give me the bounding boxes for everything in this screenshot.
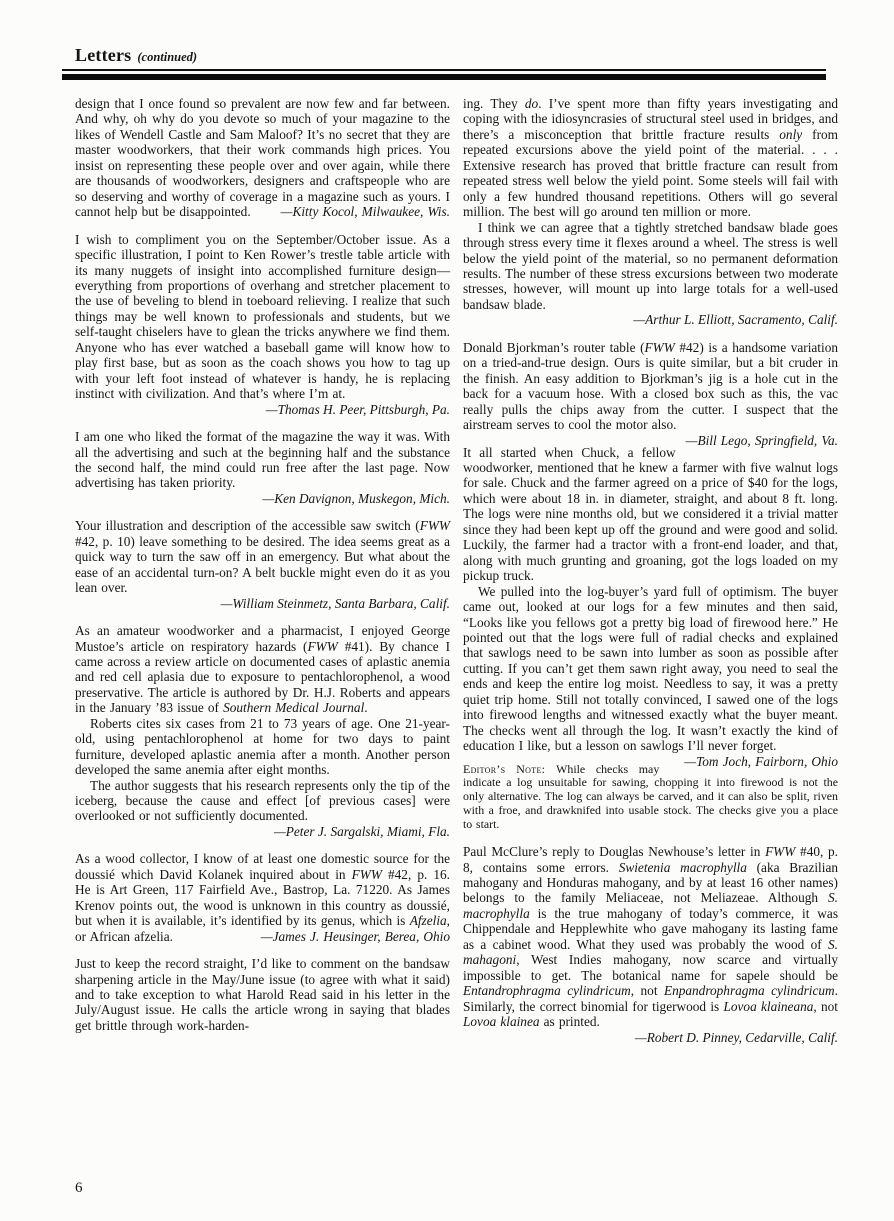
italic-text: FWW [645, 340, 675, 355]
text-run: as printed. [540, 1014, 600, 1029]
editor-note: Editor’s Note: While checks may indicate… [463, 763, 838, 833]
text-run: Roberts cites six cases from 21 to 73 ye… [75, 716, 450, 777]
text-run: I am one who liked the format of the mag… [75, 429, 450, 490]
text-run: I think we can agree that a tightly stre… [463, 220, 838, 312]
letter-signature: —Ken Davignon, Muskegon, Mich. [75, 491, 450, 506]
letter-paragraph: Roberts cites six cases from 21 to 73 ye… [75, 716, 450, 778]
letter: Donald Bjorkman’s router table (FWW #42)… [463, 340, 838, 433]
letter: As an amateur woodworker and a pharmacis… [75, 623, 450, 839]
letter-signature: —Thomas H. Peer, Pittsburgh, Pa. [75, 402, 450, 417]
italic-text: Afzelia [410, 913, 447, 928]
letter: design that I once found so prevalent ar… [75, 96, 450, 220]
italic-text: FWW [308, 639, 338, 654]
italic-text: Lovoa klainea [463, 1014, 540, 1029]
page-number: 6 [75, 1180, 83, 1197]
italic-text: Southern Medical Journal [223, 700, 364, 715]
header-thick-rule [62, 74, 826, 80]
text-run: #42, p. 10) leave something to be desire… [75, 534, 450, 595]
text-run: The author suggests that his research re… [75, 778, 450, 824]
italic-text: Swietenia macrophylla [619, 860, 747, 875]
letter: Just to keep the record straight, I’d li… [75, 956, 450, 1033]
text-run: We pulled into the log-buyer’s yard full… [463, 584, 838, 754]
letter-paragraph: Editor’s Note: While checks may indicate… [463, 763, 838, 833]
magazine-page: Letters (continued) design that I once f… [0, 0, 894, 1221]
italic-text: FWW [765, 844, 795, 859]
letter-signature: —Bill Lego, Springfield, Va. [676, 433, 838, 448]
letter-paragraph: I am one who liked the format of the mag… [75, 429, 450, 491]
letter-paragraph: Paul McClure’s reply to Douglas Newhouse… [463, 844, 838, 1029]
column-right: ing. They do. I’ve spent more than fifty… [463, 96, 838, 1057]
text-run: , not [631, 983, 664, 998]
letter-paragraph: design that I once found so prevalent ar… [75, 96, 450, 220]
text-run: Paul McClure’s reply to Douglas Newhouse… [463, 844, 765, 859]
page-header: Letters (continued) [62, 46, 826, 80]
text-run: Donald Bjorkman’s router table ( [463, 340, 645, 355]
letter: Paul McClure’s reply to Douglas Newhouse… [463, 844, 838, 1045]
two-column-layout: design that I once found so prevalent ar… [75, 96, 838, 1057]
text-run: Just to keep the record straight, I’d li… [75, 956, 450, 1033]
text-run: , not [813, 999, 838, 1014]
letter-signature: —Kitty Kocol, Milwaukee, Wis. [271, 204, 450, 219]
section-title: Letters [75, 46, 131, 64]
text-run: , West Indies mahogany, now scarce and v… [463, 952, 838, 982]
text-run: ing. They [463, 96, 525, 111]
letter-paragraph: Just to keep the record straight, I’d li… [75, 956, 450, 1033]
letter: I am one who liked the format of the mag… [75, 429, 450, 506]
page-content: design that I once found so prevalent ar… [75, 96, 838, 1057]
letter-paragraph: ing. They do. I’ve spent more than fifty… [463, 96, 838, 220]
letter: Your illustration and description of the… [75, 518, 450, 611]
letter-paragraph: We pulled into the log-buyer’s yard full… [463, 584, 838, 754]
text-run: Your illustration and description of the… [75, 518, 420, 533]
header-thin-rule [62, 69, 826, 71]
section-subtitle: (continued) [137, 50, 197, 65]
text-run: . [364, 700, 367, 715]
letter-paragraph: The author suggests that his research re… [75, 778, 450, 824]
header-row: Letters (continued) [62, 46, 826, 65]
letter: I wish to compliment you on the Septembe… [75, 232, 450, 417]
italic-text: FWW [352, 867, 382, 882]
letter-paragraph: Your illustration and description of the… [75, 518, 450, 595]
letter-signature: —Peter J. Sargalski, Miami, Fla. [75, 824, 450, 839]
italic-text: Lovoa klaineana [723, 999, 813, 1014]
letter: As a wood collector, I know of at least … [75, 851, 450, 944]
letter-signature: —James J. Heusinger, Berea, Ohio [251, 929, 450, 944]
letter-signature: —William Steinmetz, Santa Barbara, Calif… [75, 596, 450, 611]
text-run: It all started when Chuck, a fellow wood… [463, 445, 838, 584]
italic-text: only [779, 127, 802, 142]
letter-signature: —Tom Joch, Fairborn, Ohio [659, 754, 838, 769]
italic-text: do [525, 96, 538, 111]
letter-paragraph: Donald Bjorkman’s router table (FWW #42)… [463, 340, 838, 433]
italic-text: Enpandrophragma cylindricum [664, 983, 835, 998]
editor-note-label: Editor’s Note: [463, 762, 556, 776]
letter-paragraph: I wish to compliment you on the Septembe… [75, 232, 450, 402]
letter: It all started when Chuck, a fellow wood… [463, 445, 838, 754]
column-left: design that I once found so prevalent ar… [75, 96, 450, 1057]
italic-text: Entandrophragma cylindricum [463, 983, 631, 998]
letter-paragraph: As an amateur woodworker and a pharmacis… [75, 623, 450, 716]
letter-paragraph: As a wood collector, I know of at least … [75, 851, 450, 944]
italic-text: FWW [420, 518, 450, 533]
text-run: design that I once found so prevalent ar… [75, 96, 450, 219]
letter-paragraph: It all started when Chuck, a fellow wood… [463, 445, 838, 584]
letter-paragraph: I think we can agree that a tightly stre… [463, 220, 838, 313]
letter: ing. They do. I’ve spent more than fifty… [463, 96, 838, 328]
letter-signature: —Arthur L. Elliott, Sacramento, Calif. [463, 312, 838, 327]
letter-signature: —Robert D. Pinney, Cedarville, Calif. [463, 1030, 838, 1045]
text-run: I wish to compliment you on the Septembe… [75, 232, 450, 402]
